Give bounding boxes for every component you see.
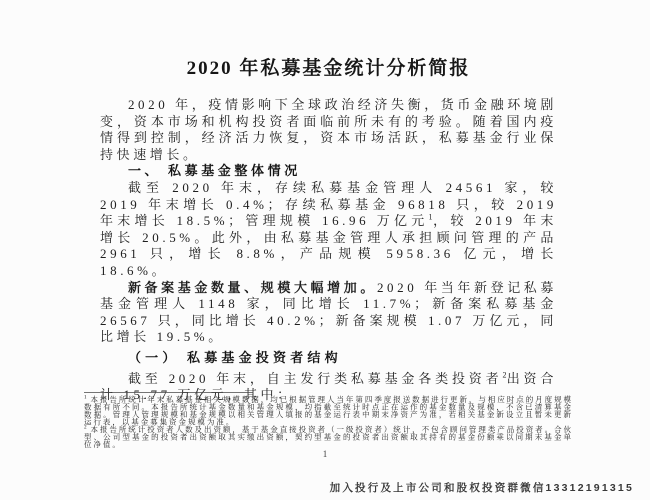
subsection-heading-investors: （一） 私募基金投资者结构	[100, 350, 557, 367]
page-number: 1	[0, 449, 650, 459]
paragraph-new-filings: 新备案基金数量、规模大幅增加。2020 年当年新登记私募基金管理人 1148 家…	[100, 280, 557, 346]
footnote-2: 2 本报告所统计投资者人数及出资额，基于基金直接投资者（一级投资者）统计，不包含…	[84, 427, 573, 450]
document-title: 2020 年私募基金统计分析简报	[100, 56, 557, 82]
investors-text-1: 截至 2020 年末，自主发行类私募基金各类投资者	[128, 371, 503, 386]
watermark-text: 加入投行及上市公司和股权投资群微信13312191315	[330, 480, 634, 495]
paragraph-intro: 2020 年，疫情影响下全球政治经济失衡，货币金融环境剧变，资本市场和机构投资者…	[100, 97, 557, 163]
footnote-1-text: 本报告所统计年末私募基金相关规模数据，均已根据管理人当年第四季度报送数据进行更新…	[84, 396, 573, 427]
footnote-1: 1 本报告所统计年末私募基金相关规模数据，均已根据管理人当年第四季度报送数据进行…	[84, 397, 573, 427]
paragraph-overview: 截至 2020 年末，存续私募基金管理人 24561 家，较 2019 年末增长…	[100, 180, 557, 280]
document-page: 2020 年私募基金统计分析简报 2020 年，疫情影响下全球政治经济失衡，货币…	[0, 0, 650, 500]
new-filings-lead: 新备案基金数量、规模大幅增加。	[128, 280, 377, 295]
footnotes-section: 1 本报告所统计年末私募基金相关规模数据，均已根据管理人当年第四季度报送数据进行…	[84, 392, 573, 449]
footnote-divider	[84, 392, 254, 393]
footnote-2-text: 本报告所统计投资者人数及出资额，基于基金直接投资者（一级投资者）统计，不包含顾问…	[84, 426, 573, 449]
section-heading-overall: 一、 私募基金整体情况	[100, 163, 557, 180]
document-content: 2020 年私募基金统计分析简报 2020 年，疫情影响下全球政治经济失衡，货币…	[100, 56, 557, 404]
